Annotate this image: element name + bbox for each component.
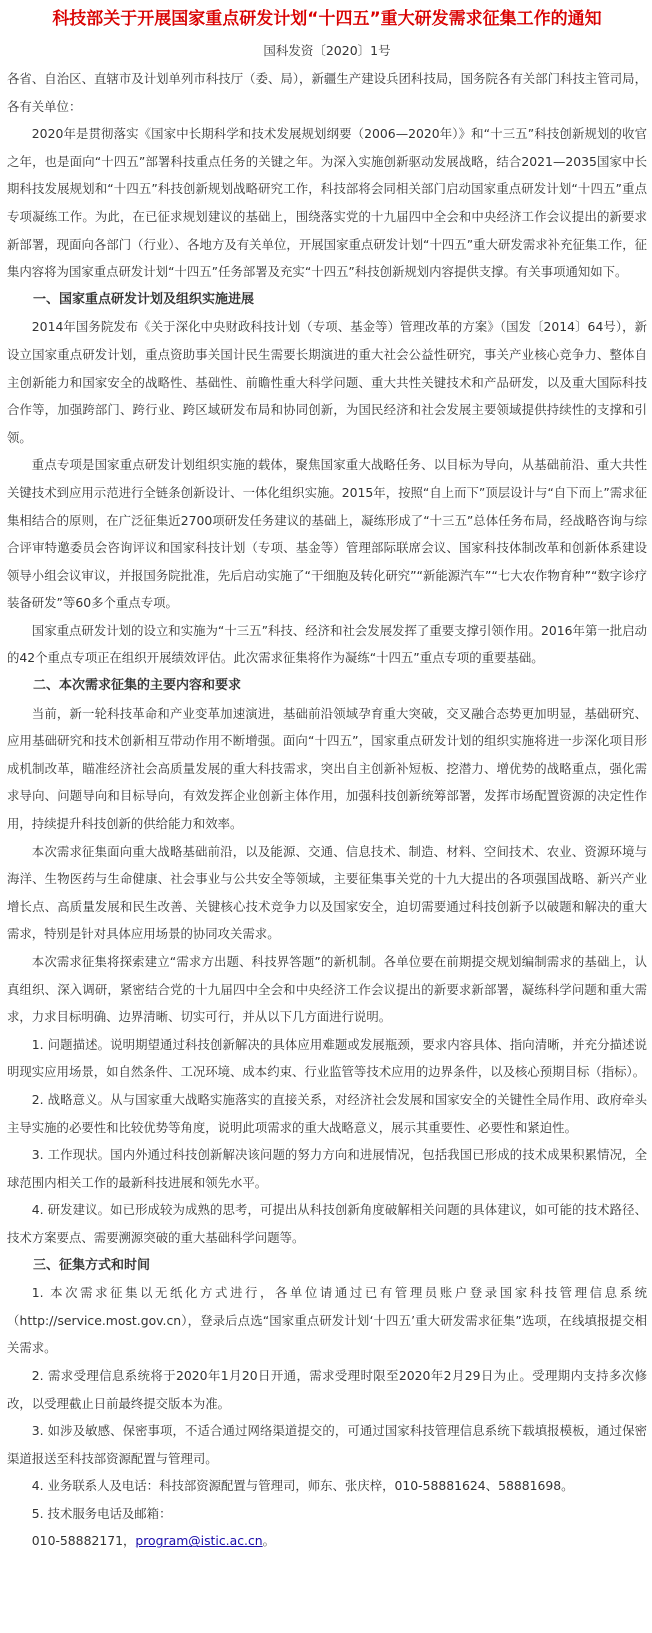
section-1: 一、国家重点研发计划及组织实施进展 2014年国务院发布《关于深化中央财政科技计… <box>7 286 647 672</box>
section-2: 二、本次需求征集的主要内容和要求 当前，新一轮科技革命和产业变革加速演进，基础前… <box>7 672 647 1251</box>
body-paragraph: 2014年国务院发布《关于深化中央财政科技计划（专项、基金等）管理改革的方案》（… <box>7 313 647 451</box>
email-link[interactable]: program@istic.ac.cn <box>135 1533 262 1548</box>
contact-suffix: 。 <box>263 1533 275 1548</box>
numbered-item: 1. 本次需求征集以无纸化方式进行，各单位请通过已有管理员账户登录国家科技管理信… <box>7 1279 647 1362</box>
notice-document: 科技部关于开展国家重点研发计划“十四五”重大研发需求征集工作的通知 国科发资〔2… <box>0 0 652 1555</box>
section-heading: 三、征集方式和时间 <box>7 1252 647 1280</box>
numbered-item: 4. 研发建议。如已形成较为成熟的思考，可提出从科技创新角度破解相关问题的具体建… <box>7 1196 647 1251</box>
tech-service-phone: 010-58882171， <box>32 1533 136 1548</box>
section-heading: 二、本次需求征集的主要内容和要求 <box>7 672 647 700</box>
intro-paragraph: 2020年是贯彻落实《国家中长期科学和技术发展规划纲要（2006—2020年）》… <box>7 120 647 286</box>
numbered-item: 4. 业务联系人及电话：科技部资源配置与管理司，师东、张庆梓，010-58881… <box>7 1472 647 1500</box>
numbered-item: 5. 技术服务电话及邮箱： <box>7 1500 647 1528</box>
document-number: 国科发资〔2020〕1号 <box>7 39 647 63</box>
numbered-item: 2. 需求受理信息系统将于2020年1月20日开通，需求受理时限至2020年2月… <box>7 1362 647 1417</box>
section-3: 三、征集方式和时间 1. 本次需求征集以无纸化方式进行，各单位请通过已有管理员账… <box>7 1252 647 1556</box>
body-paragraph: 当前，新一轮科技革命和产业变革加速演进，基础前沿领域孕育重大突破，交叉融合态势更… <box>7 700 647 838</box>
addressee-paragraph: 各省、自治区、直辖市及计划单列市科技厅（委、局），新疆生产建设兵团科技局，国务院… <box>7 65 647 120</box>
numbered-item: 1. 问题描述。说明期望通过科技创新解决的具体应用难题或发展瓶颈，要求内容具体、… <box>7 1031 647 1086</box>
body-paragraph: 重点专项是国家重点研发计划组织实施的载体，聚焦国家重大战略任务、以目标为导向，从… <box>7 451 647 617</box>
body-paragraph: 本次需求征集将探索建立“需求方出题、科技界答题”的新机制。各单位要在前期提交规划… <box>7 948 647 1031</box>
document-title: 科技部关于开展国家重点研发计划“十四五”重大研发需求征集工作的通知 <box>7 0 647 33</box>
numbered-item: 2. 战略意义。从与国家重大战略实施落实的直接关系，对经济社会发展和国家安全的关… <box>7 1086 647 1141</box>
numbered-item: 3. 如涉及敏感、保密事项，不适合通过网络渠道提交的，可通过国家科技管理信息系统… <box>7 1417 647 1472</box>
contact-line: 010-58882171，program@istic.ac.cn。 <box>7 1527 647 1555</box>
body-paragraph: 本次需求征集面向重大战略基础前沿，以及能源、交通、信息技术、制造、材料、空间技术… <box>7 838 647 948</box>
section-heading: 一、国家重点研发计划及组织实施进展 <box>7 286 647 314</box>
body-paragraph: 国家重点研发计划的设立和实施为“十三五”科技、经济和社会发展发挥了重要支撑引领作… <box>7 617 647 672</box>
numbered-item: 3. 工作现状。国内外通过科技创新解决该问题的努力方向和进展情况，包括我国已形成… <box>7 1141 647 1196</box>
